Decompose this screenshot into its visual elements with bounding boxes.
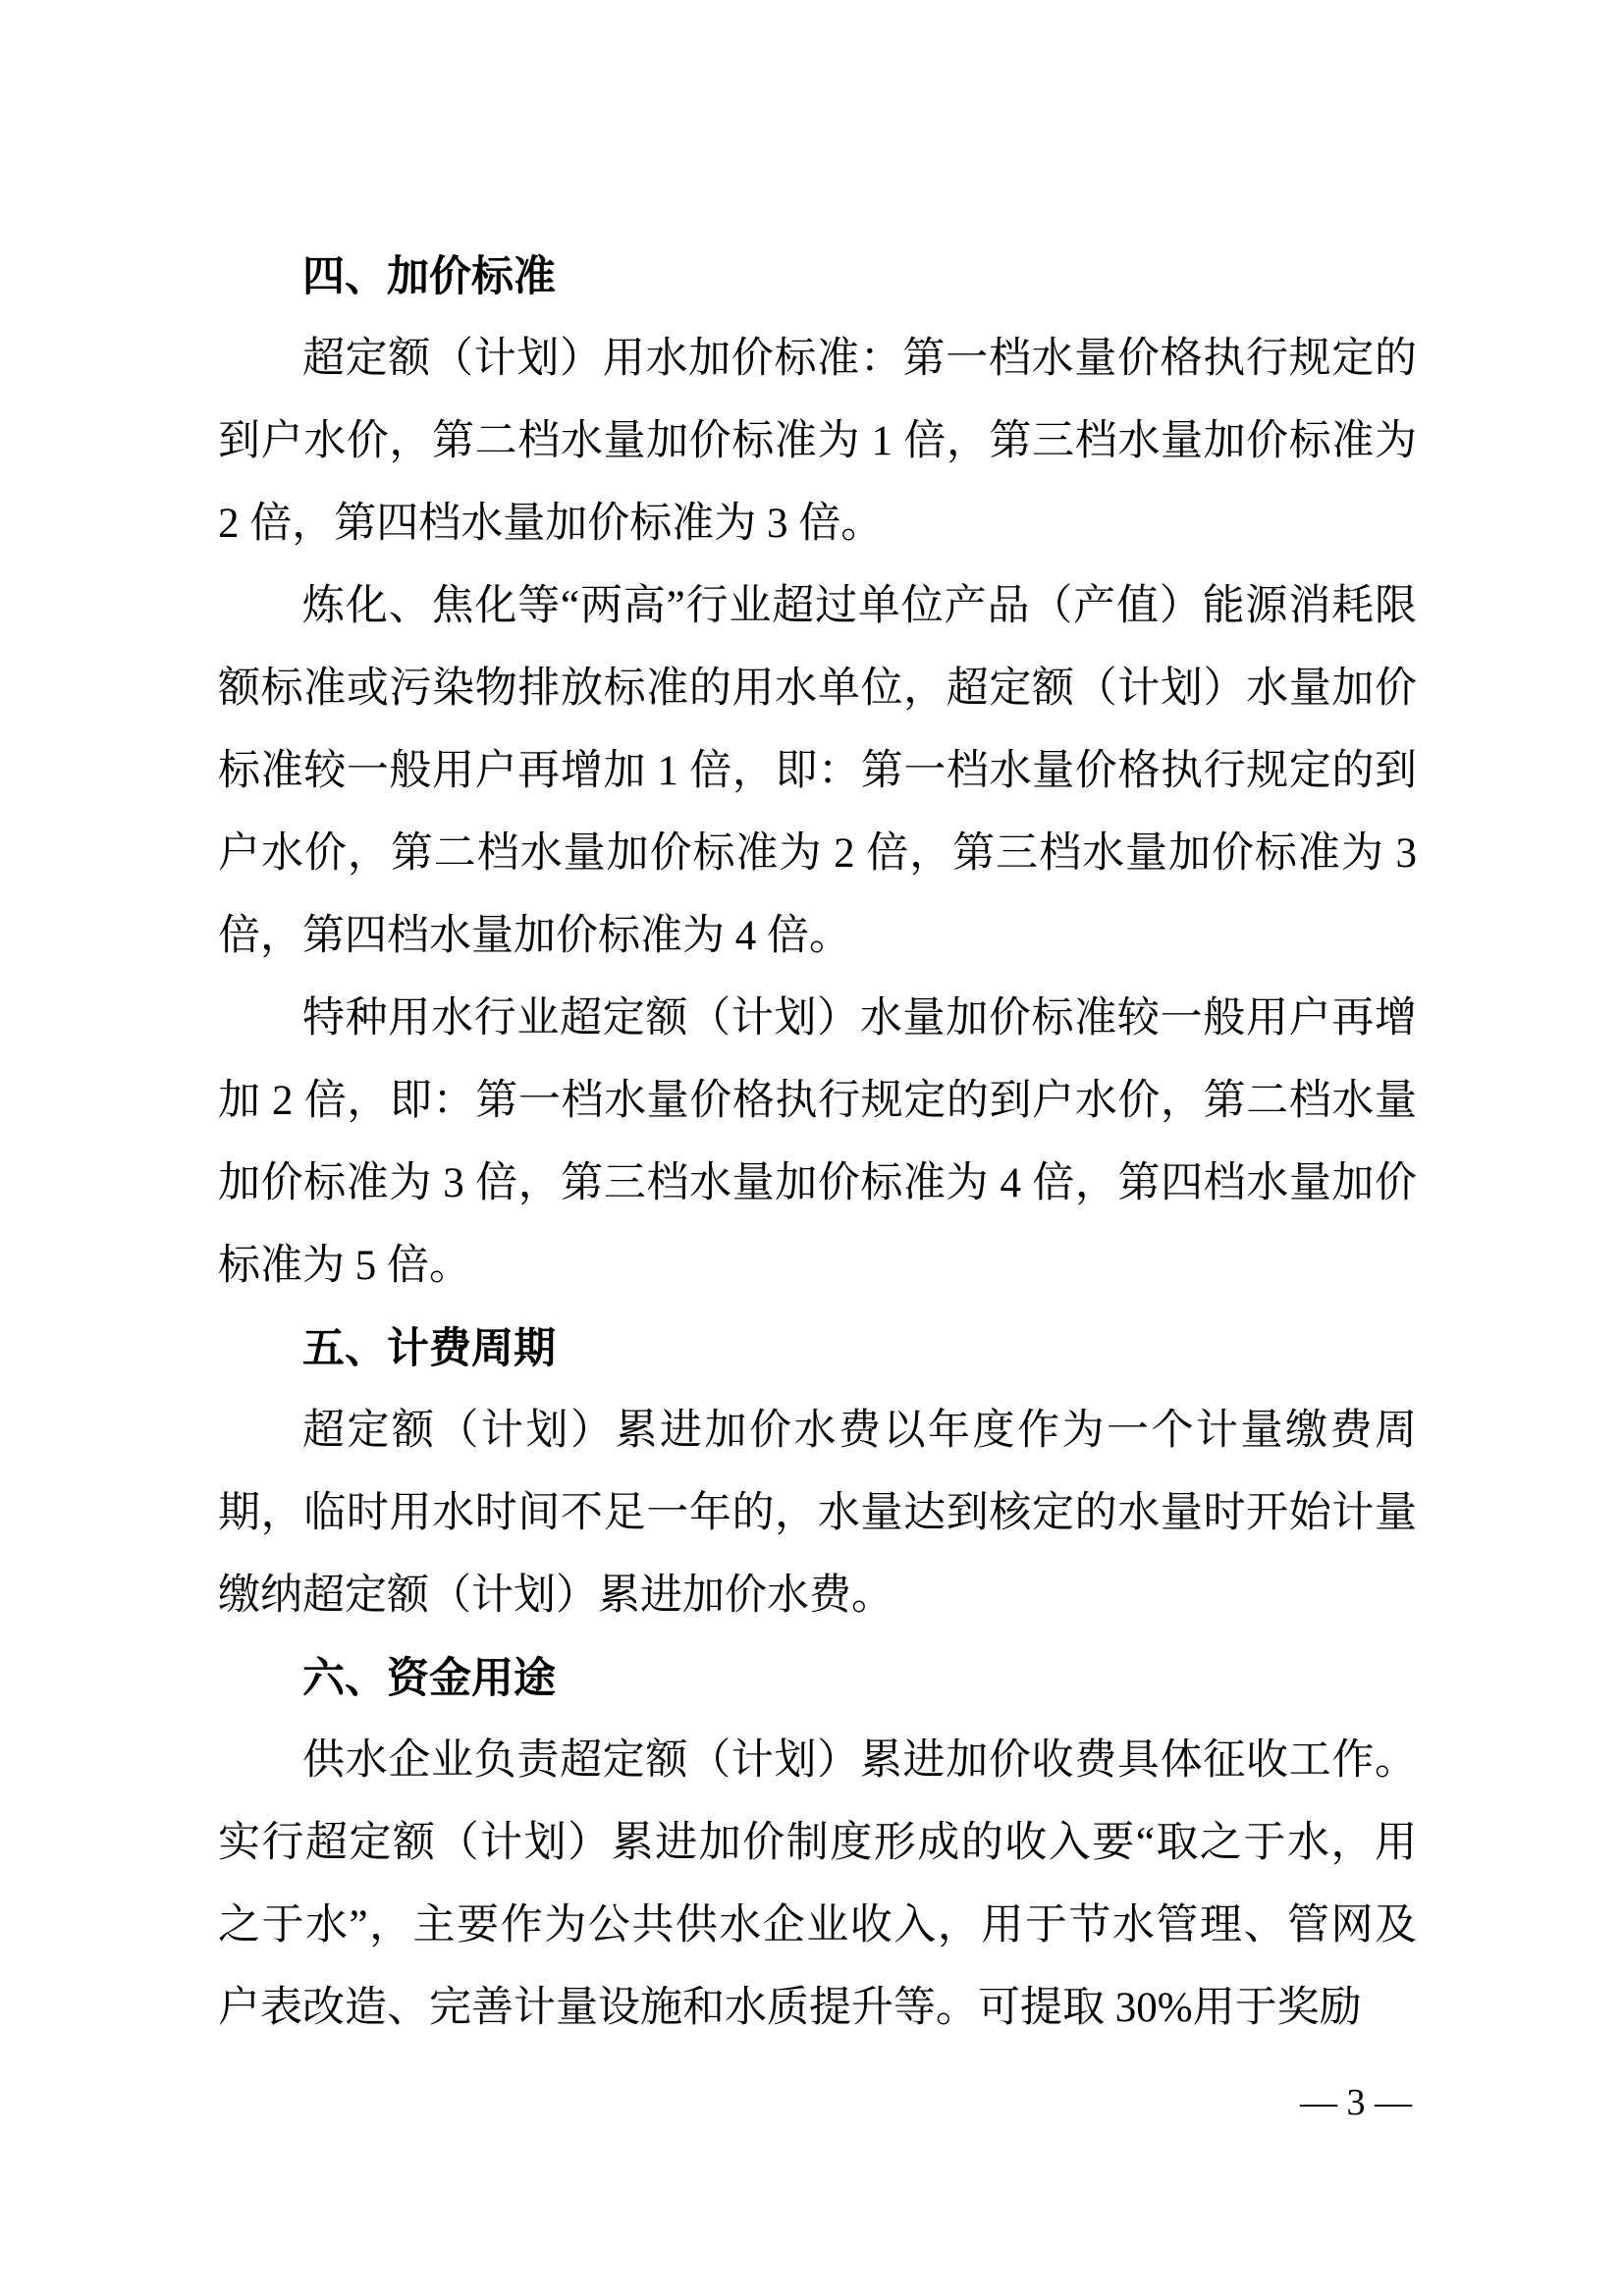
heading-billing-cycle: 五、计费周期 xyxy=(218,1308,1417,1390)
paragraph-fund-usage: 供水企业负责超定额（计划）累进加价收费具体征收工作。实行超定额（计划）累进加价制… xyxy=(218,1720,1417,2050)
page-number: — 3 — xyxy=(1300,2081,1412,2124)
paragraph-special-water-industry-rates: 特种用水行业超定额（计划）水量加价标准较一般用户再增加 2 倍，即：第一档水量价… xyxy=(218,978,1417,1308)
paragraph-high-energy-industry-rates: 炼化、焦化等“两高”行业超过单位产品（产值）能源消耗限额标准或污染物排放标准的用… xyxy=(218,565,1417,978)
paragraph-billing-cycle: 超定额（计划）累进加价水费以年度作为一个计量缴费周期，临时用水时间不足一年的，水… xyxy=(218,1390,1417,1637)
heading-markup-standard: 四、加价标准 xyxy=(218,236,1417,318)
document-body: 四、加价标准 超定额（计划）用水加价标准：第一档水量价格执行规定的到户水价，第二… xyxy=(218,236,1417,2050)
heading-fund-usage: 六、资金用途 xyxy=(218,1637,1417,1720)
document-page: 四、加价标准 超定额（计划）用水加价标准：第一档水量价格执行规定的到户水价，第二… xyxy=(0,0,1623,2296)
paragraph-general-markup-rates: 超定额（计划）用水加价标准：第一档水量价格执行规定的到户水价，第二档水量加价标准… xyxy=(218,318,1417,565)
